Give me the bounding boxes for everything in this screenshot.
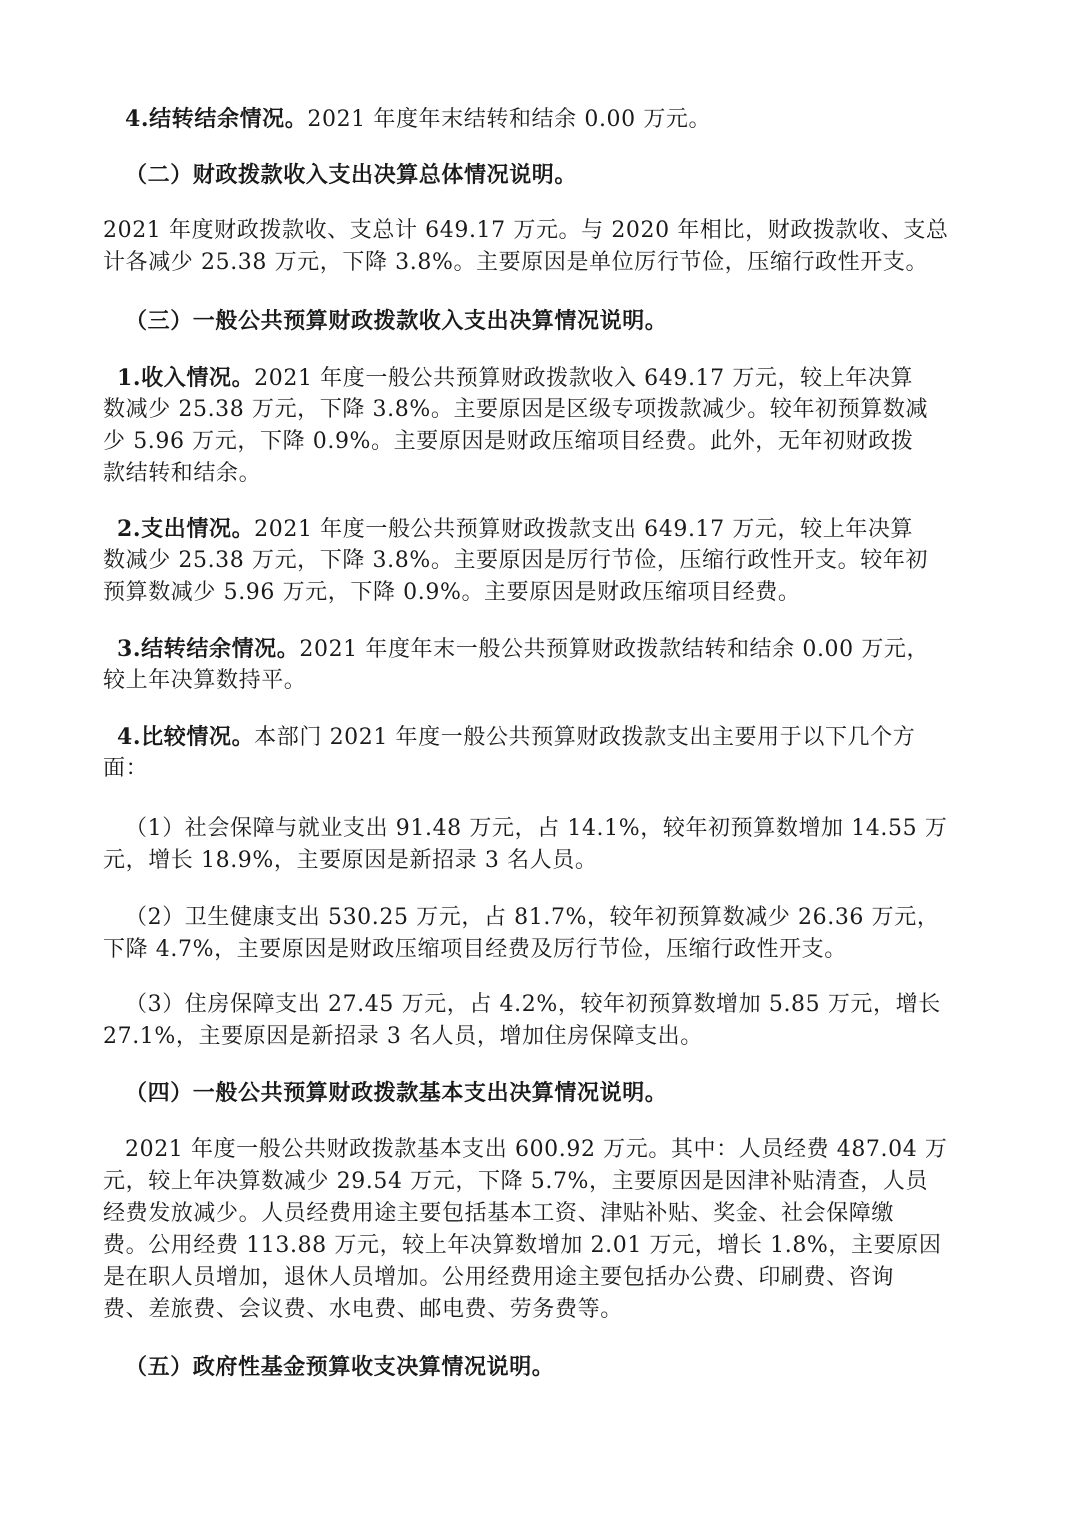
item-income: 1.收入情况。2021 年度一般公共预算财政拨款收入 649.17 万元，较上年… bbox=[117, 363, 913, 394]
paragraph-line: 27.1%，主要原因是新招录 3 名人员，增加住房保障支出。 bbox=[103, 1022, 703, 1052]
paragraph-line: 计各减少 25.38 万元，下降 3.8%。主要原因是单位厉行节俭，压缩行政性开… bbox=[103, 248, 928, 278]
paragraph-line: 数减少 25.38 万元，下降 3.8%。主要原因是区级专项拨款减少。较年初预算… bbox=[103, 395, 928, 425]
paragraph-line: 是在职人员增加，退休人员增加。公用经费用途主要包括办公费、印刷费、咨询 bbox=[103, 1263, 894, 1293]
item-lead: 4.比较情况。 bbox=[117, 724, 254, 750]
item-lead: 2.支出情况。 bbox=[117, 516, 254, 542]
paragraph-line: （2）卫生健康支出 530.25 万元，占 81.7%，较年初预算数减少 26.… bbox=[125, 903, 939, 933]
paragraph-line: 下降 4.7%，主要原因是财政压缩项目经费及厉行节俭，压缩行政性开支。 bbox=[103, 935, 847, 965]
paragraph-line: 经费发放减少。人员经费用途主要包括基本工资、津贴补贴、奖金、社会保障缴 bbox=[103, 1199, 894, 1229]
item-text: 2021 年度年末结转和结余 0.00 万元。 bbox=[307, 107, 711, 132]
paragraph-line: 2021 年度一般公共财政拨款基本支出 600.92 万元。其中：人员经费 48… bbox=[125, 1135, 948, 1165]
item-lead: 3.结转结余情况。 bbox=[117, 636, 299, 662]
paragraph-line: 少 5.96 万元，下降 0.9%。主要原因是财政压缩项目经费。此外，无年初财政… bbox=[103, 427, 913, 457]
paragraph-line: 较上年决算数持平。 bbox=[103, 666, 306, 696]
item-text: 2021 年度年末一般公共预算财政拨款结转和结余 0.00 万元， bbox=[299, 637, 929, 662]
item-carryover: 3.结转结余情况。2021 年度年末一般公共预算财政拨款结转和结余 0.00 万… bbox=[117, 634, 929, 665]
item-carryover-total: 4.结转结余情况。2021 年度年末结转和结余 0.00 万元。 bbox=[125, 104, 711, 135]
section-heading-2: （二）财政拨款收入支出决算总体情况说明。 bbox=[125, 160, 577, 190]
paragraph-line: 元，较上年决算数减少 29.54 万元，下降 5.7%，主要原因是因津补贴清查，… bbox=[103, 1167, 928, 1197]
item-lead: 4.结转结余情况。 bbox=[125, 106, 307, 132]
item-comparison: 4.比较情况。本部门 2021 年度一般公共预算财政拨款支出主要用于以下几个方 bbox=[117, 722, 915, 753]
paragraph-line: 预算数减少 5.96 万元，下降 0.9%。主要原因是财政压缩项目经费。 bbox=[103, 578, 800, 608]
paragraph-line: 面： bbox=[103, 754, 148, 784]
paragraph-line: （3）住房保障支出 27.45 万元，占 4.2%，较年初预算数增加 5.85 … bbox=[125, 990, 941, 1020]
item-expenditure: 2.支出情况。2021 年度一般公共预算财政拨款支出 649.17 万元，较上年… bbox=[117, 514, 913, 545]
section-heading-5: （五）政府性基金预算收支决算情况说明。 bbox=[125, 1352, 554, 1382]
paragraph-line: （1）社会保障与就业支出 91.48 万元，占 14.1%，较年初预算数增加 1… bbox=[125, 814, 947, 844]
paragraph-line: 费、差旅费、会议费、水电费、邮电费、劳务费等。 bbox=[103, 1295, 623, 1325]
section-heading-3: （三）一般公共预算财政拨款收入支出决算情况说明。 bbox=[125, 306, 667, 336]
paragraph-line: 款结转和结余。 bbox=[103, 459, 261, 489]
paragraph-line: 费。公用经费 113.88 万元，较上年决算数增加 2.01 万元，增长 1.8… bbox=[103, 1231, 941, 1261]
item-lead: 1.收入情况。 bbox=[117, 365, 254, 391]
paragraph-line: 2021 年度财政拨款收、支总计 649.17 万元。与 2020 年相比，财政… bbox=[103, 216, 949, 246]
item-text: 2021 年度一般公共预算财政拨款收入 649.17 万元，较上年决算 bbox=[254, 366, 913, 391]
item-text: 2021 年度一般公共预算财政拨款支出 649.17 万元，较上年决算 bbox=[254, 517, 913, 542]
paragraph-line: 元，增长 18.9%，主要原因是新招录 3 名人员。 bbox=[103, 846, 597, 876]
item-text: 本部门 2021 年度一般公共预算财政拨款支出主要用于以下几个方 bbox=[254, 725, 915, 750]
section-heading-4: （四）一般公共预算财政拨款基本支出决算情况说明。 bbox=[125, 1078, 667, 1108]
paragraph-line: 数减少 25.38 万元，下降 3.8%。主要原因是厉行节俭，压缩行政性开支。较… bbox=[103, 546, 928, 576]
